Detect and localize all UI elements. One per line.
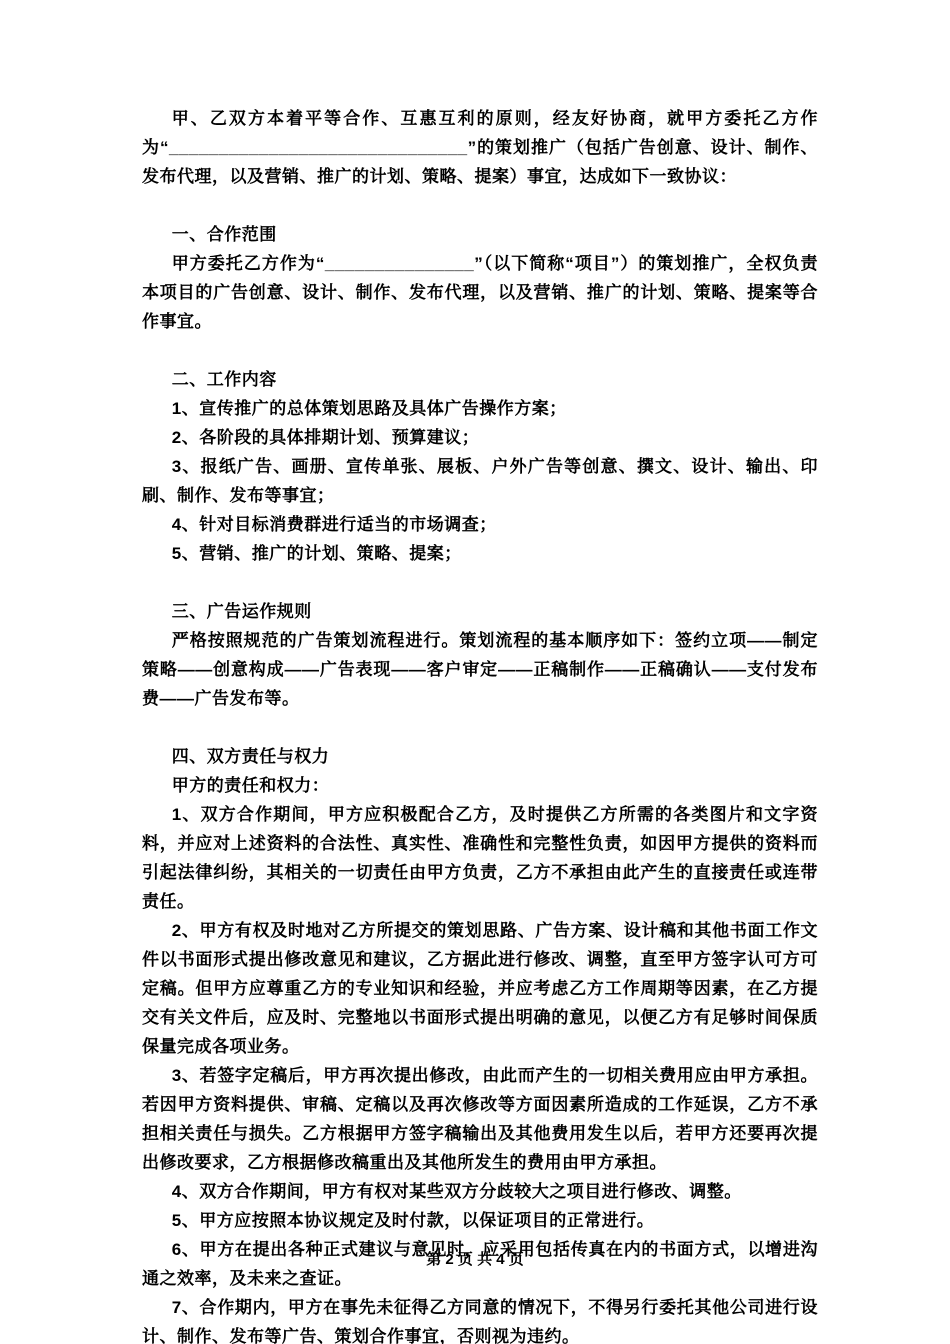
section-ad-operation-rules: 三、广告运作规则 严格按照规范的广告策划流程进行。策划流程的基本顺序如下：签约立… <box>142 597 818 713</box>
section-heading: 四、双方责任与权力 <box>142 742 818 771</box>
document-page: 甲、乙双方本着平等合作、互惠互利的原则，经友好协商，就甲方委托乙方作为“____… <box>0 0 950 1344</box>
list-item: 2、甲方有权及时地对乙方所提交的策划思路、广告方案、设计稿和其他书面工作文件以书… <box>142 916 818 1061</box>
contract-body: 甲、乙双方本着平等合作、互惠互利的原则，经友好协商，就甲方委托乙方作为“____… <box>142 104 818 1344</box>
list-item: 7、合作期内，甲方在事先未征得乙方同意的情况下，不得另行委托其他公司进行设计、制… <box>142 1293 818 1344</box>
section-cooperation-scope: 一、合作范围 甲方委托乙方作为“_______________”（以下简称“项目… <box>142 220 818 336</box>
list-item: 3、报纸广告、画册、宣传单张、展板、户外广告等创意、撰文、设计、输出、印刷、制作… <box>142 452 818 510</box>
list-item: 1、宣传推广的总体策划思路及具体广告操作方案； <box>142 394 818 423</box>
list-item: 5、营销、推广的计划、策略、提案； <box>142 539 818 568</box>
section-work-content: 二、工作内容 1、宣传推广的总体策划思路及具体广告操作方案； 2、各阶段的具体排… <box>142 365 818 568</box>
section-heading: 二、工作内容 <box>142 365 818 394</box>
sub-heading: 甲方的责任和权力： <box>142 771 818 800</box>
section-heading: 三、广告运作规则 <box>142 597 818 626</box>
paragraph: 甲方委托乙方作为“_______________”（以下简称“项目”）的策划推广… <box>142 249 818 336</box>
list-item: 2、各阶段的具体排期计划、预算建议； <box>142 423 818 452</box>
intro-paragraph: 甲、乙双方本着平等合作、互惠互利的原则，经友好协商，就甲方委托乙方作为“____… <box>142 104 818 191</box>
page-number: 第 2 页 共 4 页 <box>0 1248 950 1269</box>
list-item: 4、针对目标消费群进行适当的市场调查； <box>142 510 818 539</box>
list-item: 3、若签字定稿后，甲方再次提出修改，由此而产生的一切相关费用应由甲方承担。若因甲… <box>142 1061 818 1177</box>
list-item: 1、双方合作期间，甲方应积极配合乙方，及时提供乙方所需的各类图片和文字资料，并应… <box>142 800 818 916</box>
list-item: 5、甲方应按照本协议规定及时付款，以保证项目的正常进行。 <box>142 1206 818 1235</box>
list-item: 4、双方合作期间，甲方有权对某些双方分歧较大之项目进行修改、调整。 <box>142 1177 818 1206</box>
section-heading: 一、合作范围 <box>142 220 818 249</box>
paragraph: 严格按照规范的广告策划流程进行。策划流程的基本顺序如下：签约立项——制定策略——… <box>142 626 818 713</box>
